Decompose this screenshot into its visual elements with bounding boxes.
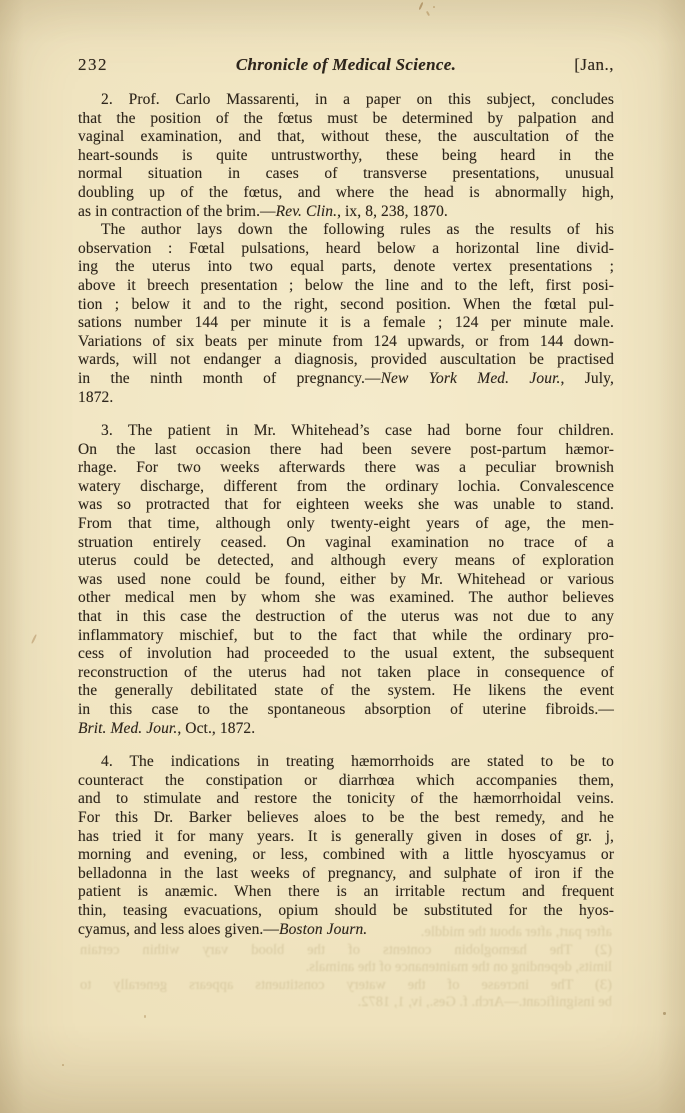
text-line: sations number 144 per minute it is a fe… bbox=[78, 314, 614, 333]
text-line: struation entirely ceased. On vaginal ex… bbox=[78, 534, 614, 553]
text-line: other medical men by whom she was examin… bbox=[78, 589, 614, 608]
showthrough-line: (2) The hæmoglobin contents of the blood… bbox=[80, 942, 612, 960]
text-line: doubling up of the fœtus, and where the … bbox=[78, 184, 614, 203]
text-line: and to stimulate and restore the tonicit… bbox=[78, 790, 614, 809]
ink-speck bbox=[62, 1064, 64, 1066]
text-line: thin, teasing evacuations, opium should … bbox=[78, 902, 614, 921]
text-line: patient is anæmic. When there is an irri… bbox=[78, 883, 614, 902]
page-header: 232 Chronicle of Medical Science. [Jan., bbox=[78, 55, 614, 75]
ink-speck bbox=[31, 634, 37, 644]
text-line: was used none could be found, either by … bbox=[78, 571, 614, 590]
text-line: ing the uterus into two equal parts, den… bbox=[78, 258, 614, 277]
page-body: 2. Prof. Carlo Massarenti, in a paper on… bbox=[78, 91, 614, 939]
text-line: From that time, although only twenty-eig… bbox=[78, 515, 614, 534]
text-line: that the position of the fœtus must be d… bbox=[78, 110, 614, 129]
text-line: Brit. Med. Jour., Oct., 1872. bbox=[78, 720, 614, 739]
text-line: normal situation in cases of transverse … bbox=[78, 165, 614, 184]
paragraph: The author lays down the following rules… bbox=[78, 221, 614, 407]
text-line: cyamus, and less aloes given.—Boston Jou… bbox=[78, 921, 614, 940]
scanned-page: 232 Chronicle of Medical Science. [Jan.,… bbox=[0, 0, 685, 1113]
text-line: reconstruction of the uterus had not tak… bbox=[78, 664, 614, 683]
text-line: 3. The patient in Mr. Whitehead’s case h… bbox=[78, 422, 614, 441]
text-line: inflammatory mischief, but to the fact t… bbox=[78, 627, 614, 646]
paragraph: 2. Prof. Carlo Massarenti, in a paper on… bbox=[78, 91, 614, 221]
text-line: vaginal examination, and that, without t… bbox=[78, 128, 614, 147]
text-line: belladonna in the last weeks of pregnanc… bbox=[78, 865, 614, 884]
text-line: On the last occasion there had been seve… bbox=[78, 441, 614, 460]
text-line: as in contraction of the brim.—Rev. Clin… bbox=[78, 203, 614, 222]
text-line: watery discharge, different from the ord… bbox=[78, 478, 614, 497]
text-line: 2. Prof. Carlo Massarenti, in a paper on… bbox=[78, 91, 614, 110]
text-line: 4. The indications in treating hæmorrhoi… bbox=[78, 753, 614, 772]
running-title: Chronicle of Medical Science. bbox=[236, 55, 456, 75]
ink-speck bbox=[144, 1015, 146, 1018]
text-line: was so protracted that for eighteen week… bbox=[78, 496, 614, 515]
ink-speck bbox=[433, 6, 435, 8]
text-line: above it breech presentation ; below the… bbox=[78, 277, 614, 296]
ink-speck bbox=[418, 2, 423, 10]
showthrough-line: limits, depending on the maintenance of … bbox=[80, 959, 612, 977]
text-line: 1872. bbox=[78, 389, 614, 408]
text-line: The author lays down the following rules… bbox=[78, 221, 614, 240]
text-line: wards, will not endanger a diagnosis, pr… bbox=[78, 351, 614, 370]
ink-speck bbox=[426, 11, 430, 16]
text-line: Variations of six beats per minute from … bbox=[78, 333, 614, 352]
paragraph: 4. The indications in treating hæmorrhoi… bbox=[78, 753, 614, 939]
ink-speck bbox=[663, 1012, 666, 1015]
text-line: in the ninth month of pregnancy.—New Yor… bbox=[78, 370, 614, 389]
text-line: cess of involution had proceeded to the … bbox=[78, 645, 614, 664]
text-line: For this Dr. Barker believes aloes to be… bbox=[78, 809, 614, 828]
showthrough-line: be insignificant.—Arch. f. Ges., iv, 1, … bbox=[80, 994, 612, 1012]
text-line: that in this case the destruction of the… bbox=[78, 608, 614, 627]
text-line: morning and evening, or less, combined w… bbox=[78, 846, 614, 865]
paragraph: 3. The patient in Mr. Whitehead’s case h… bbox=[78, 422, 614, 738]
page-number: 232 bbox=[78, 55, 236, 75]
text-line: rhage. For two weeks afterwards there wa… bbox=[78, 459, 614, 478]
issue-date: [Jan., bbox=[456, 55, 614, 75]
text-line: has tried it for many years. It is gener… bbox=[78, 828, 614, 847]
text-line: heart-sounds is quite untrustworthy, the… bbox=[78, 147, 614, 166]
text-line: counteract the constipation or diarrhœa … bbox=[78, 772, 614, 791]
text-line: tion ; below it and to the right, second… bbox=[78, 296, 614, 315]
text-line: observation : Fœtal pulsations, heard be… bbox=[78, 240, 614, 259]
text-line: the generally debilitated state of the s… bbox=[78, 682, 614, 701]
showthrough-line: (3) The increase of the watery constitue… bbox=[80, 977, 612, 995]
text-line: uterus could be detected, and although e… bbox=[78, 552, 614, 571]
text-line: in this case to the spontaneous absorpti… bbox=[78, 701, 614, 720]
